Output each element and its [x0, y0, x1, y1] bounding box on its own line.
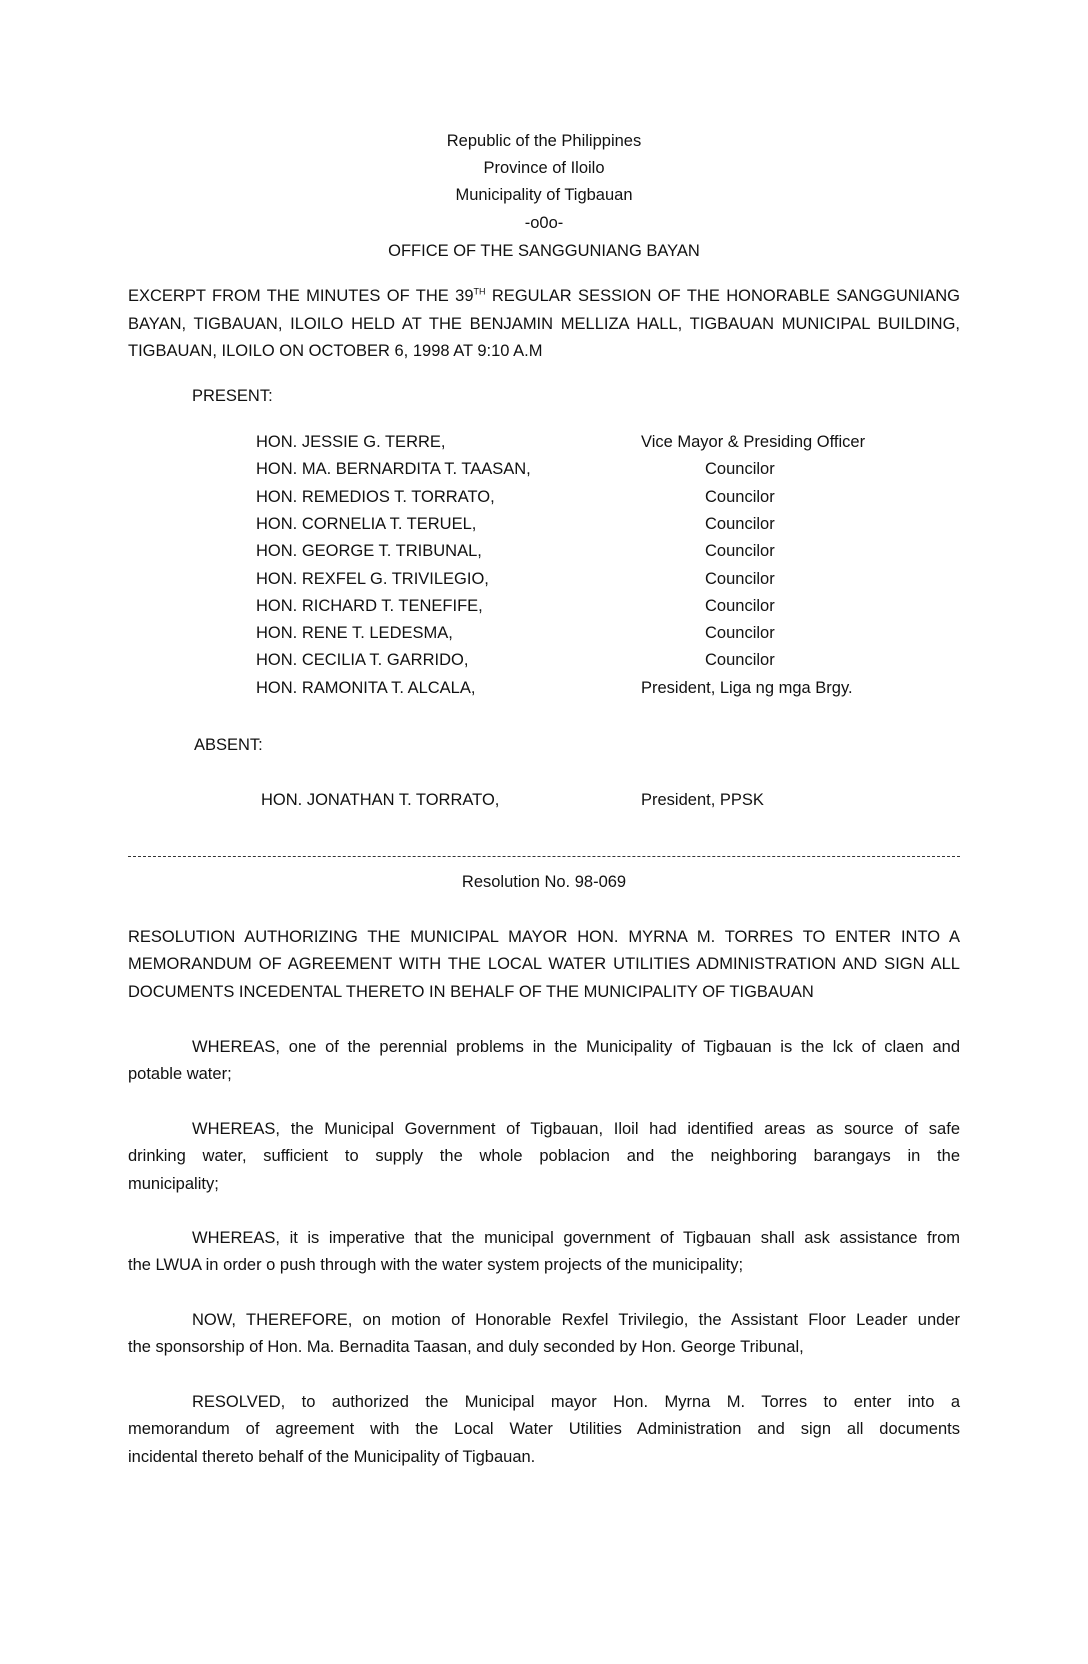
- member-name: HON. GEORGE T. TRIBUNAL,: [256, 541, 482, 561]
- resolution-title-line: MEMORANDUM OF AGREEMENT WITH THE LOCAL W…: [128, 954, 960, 974]
- absent-label: ABSENT:: [194, 735, 263, 755]
- member-role: Councilor: [705, 569, 775, 589]
- header-office: OFFICE OF THE SANGGUNIANG BAYAN: [0, 241, 1088, 261]
- paragraph-line: drinking water, sufficient to supply the…: [128, 1146, 960, 1166]
- excerpt-line-3: TIGBAUAN, ILOILO ON OCTOBER 6, 1998 AT 9…: [128, 341, 960, 361]
- member-name: HON. REXFEL G. TRIVILEGIO,: [256, 569, 489, 589]
- paragraph-line: WHEREAS, it is imperative that the munic…: [128, 1228, 960, 1248]
- resolution-title-line: DOCUMENTS INCEDENTAL THERETO IN BEHALF O…: [128, 982, 960, 1002]
- member-role: Vice Mayor & Presiding Officer: [641, 432, 865, 452]
- paragraph-line: municipality;: [128, 1174, 960, 1194]
- member-role: Councilor: [705, 596, 775, 616]
- paragraph-line: RESOLVED, to authorized the Municipal ma…: [128, 1392, 960, 1412]
- member-name: HON. REMEDIOS T. TORRATO,: [256, 487, 495, 507]
- paragraph-line: WHEREAS, the Municipal Government of Tig…: [128, 1119, 960, 1139]
- paragraph-line: WHEREAS, one of the perennial problems i…: [128, 1037, 960, 1057]
- member-role: President, PPSK: [641, 790, 764, 810]
- member-name: HON. JESSIE G. TERRE,: [256, 432, 445, 452]
- paragraph-line: the LWUA in order o push through with th…: [128, 1255, 960, 1275]
- member-name: HON. RAMONITA T. ALCALA,: [256, 678, 475, 698]
- excerpt-superscript: TH: [474, 287, 486, 297]
- member-name: HON. RICHARD T. TENEFIFE,: [256, 596, 483, 616]
- paragraph-line: memorandum of agreement with the Local W…: [128, 1419, 960, 1439]
- header-municipality: Municipality of Tigbauan: [0, 185, 1088, 205]
- member-role: Councilor: [705, 487, 775, 507]
- member-role: Councilor: [705, 623, 775, 643]
- paragraph-line: potable water;: [128, 1064, 960, 1084]
- header-separator: -o0o-: [0, 213, 1088, 233]
- dashed-divider: [128, 856, 960, 857]
- member-name: HON. CORNELIA T. TERUEL,: [256, 514, 476, 534]
- excerpt-text-a: EXCERPT FROM THE MINUTES OF THE 39: [128, 287, 474, 305]
- member-role: Councilor: [705, 541, 775, 561]
- document-page: Republic of the Philippines Province of …: [0, 0, 1088, 1664]
- excerpt-line-2: BAYAN, TIGBAUAN, ILOILO HELD AT THE BENJ…: [128, 314, 960, 334]
- present-label: PRESENT:: [192, 386, 273, 406]
- member-name: HON. JONATHAN T. TORRATO,: [261, 790, 499, 810]
- member-name: HON. CECILIA T. GARRIDO,: [256, 650, 468, 670]
- member-role: Councilor: [705, 459, 775, 479]
- resolution-title-line: RESOLUTION AUTHORIZING THE MUNICIPAL MAY…: [128, 927, 960, 947]
- excerpt-text-b: REGULAR SESSION OF THE HONORABLE SANGGUN…: [486, 287, 961, 305]
- paragraph-line: incidental thereto behalf of the Municip…: [128, 1447, 960, 1467]
- member-role: President, Liga ng mga Brgy.: [641, 678, 853, 698]
- member-role: Councilor: [705, 514, 775, 534]
- paragraph-line: NOW, THEREFORE, on motion of Honorable R…: [128, 1310, 960, 1330]
- header-province: Province of Iloilo: [0, 158, 1088, 178]
- paragraph-line: the sponsorship of Hon. Ma. Bernadita Ta…: [128, 1337, 960, 1357]
- member-name: HON. RENE T. LEDESMA,: [256, 623, 453, 643]
- member-role: Councilor: [705, 650, 775, 670]
- resolution-number: Resolution No. 98-069: [0, 872, 1088, 892]
- member-name: HON. MA. BERNARDITA T. TAASAN,: [256, 459, 531, 479]
- header-republic: Republic of the Philippines: [0, 131, 1088, 151]
- excerpt-line-1: EXCERPT FROM THE MINUTES OF THE 39TH REG…: [128, 286, 960, 306]
